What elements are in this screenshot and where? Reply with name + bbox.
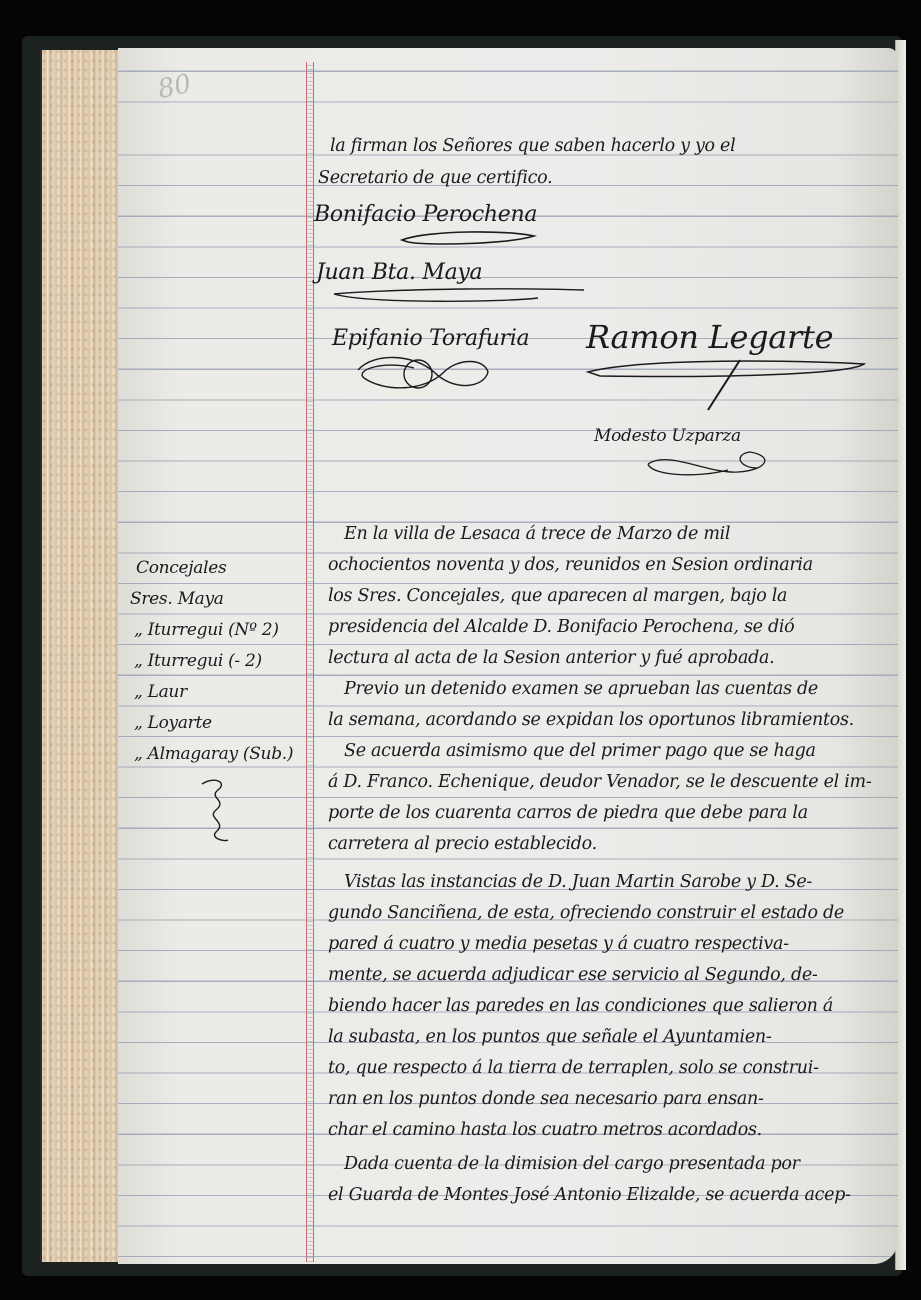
- body-line: En la villa de Lesaca á trece de Marzo d…: [344, 524, 730, 544]
- signature-flourish-icon: [638, 448, 778, 482]
- signature-bonifacio-perochena: Bonifacio Perochena: [314, 202, 537, 227]
- body-line: los Sres. Concejales, que aparecen al ma…: [328, 586, 787, 606]
- signature-flourish-icon: [580, 354, 870, 414]
- continuation-line: la firman los Señores que saben hacerlo …: [330, 136, 735, 156]
- continuation-line: Secretario de que certifico.: [318, 168, 552, 188]
- body-line: gundo Sanciñena, de esta, ofreciendo con…: [328, 903, 844, 923]
- stacked-page-edges: [40, 50, 122, 1262]
- margin-member: „ Loyarte: [134, 713, 212, 733]
- margin-member: „ Laur: [134, 682, 187, 702]
- body-line: ochocientos noventa y dos, reunidos en S…: [328, 555, 813, 575]
- signature-flourish-icon: [328, 286, 588, 306]
- signature-rubric-icon: [354, 348, 494, 398]
- margin-member: „ Iturregui (- 2): [134, 651, 262, 671]
- body-line: carretera al precio establecido.: [328, 834, 597, 854]
- signature-modesto-uzparza: Modesto Uzparza: [594, 426, 741, 446]
- margin-heading: Concejales: [136, 558, 226, 578]
- body-line: la semana, acordando se expidan los opor…: [328, 710, 854, 730]
- body-line: Dada cuenta de la dimision del cargo pre…: [344, 1154, 800, 1174]
- signature-ramon-legarte: Ramon Legarte: [586, 318, 833, 356]
- signature-flourish-icon: [398, 228, 538, 250]
- body-line: á D. Franco. Echenique, deudor Venador, …: [328, 772, 871, 792]
- body-line: biendo hacer las paredes en las condicio…: [328, 996, 833, 1016]
- body-line: la subasta, en los puntos que señale el …: [328, 1027, 772, 1047]
- body-line: Se acuerda asimismo que del primer pago …: [344, 741, 816, 761]
- red-margin-line: [306, 62, 314, 1262]
- body-line: Vistas las instancias de D. Juan Martin …: [344, 872, 812, 892]
- body-line: pared á cuatro y media pesetas y á cuatr…: [328, 934, 789, 954]
- body-line: to, que respecto á la tierra de terraple…: [328, 1058, 819, 1078]
- margin-rubric-icon: [198, 776, 238, 846]
- signature-juan-bta-maya: Juan Bta. Maya: [316, 260, 482, 285]
- margin-member: „ Iturregui (Nº 2): [134, 620, 279, 640]
- body-line: presidencia del Alcalde D. Bonifacio Per…: [328, 617, 794, 637]
- body-line: el Guarda de Montes José Antonio Elizald…: [328, 1185, 851, 1205]
- ledger-page: 80 la firman los Señores que saben hacer…: [118, 48, 898, 1264]
- body-line: mente, se acuerda adjudicar ese servicio…: [328, 965, 818, 985]
- body-line: porte de los cuarenta carros de piedra q…: [328, 803, 808, 823]
- body-line: char el camino hasta los cuatro metros a…: [328, 1120, 762, 1140]
- body-line: Previo un detenido examen se aprueban la…: [344, 679, 818, 699]
- margin-member: „ Almagaray (Sub.): [134, 744, 293, 764]
- body-line: ran en los puntos donde sea necesario pa…: [328, 1089, 764, 1109]
- margin-member: Sres. Maya: [130, 589, 224, 609]
- body-line: lectura al acta de la Sesion anterior y …: [328, 648, 774, 668]
